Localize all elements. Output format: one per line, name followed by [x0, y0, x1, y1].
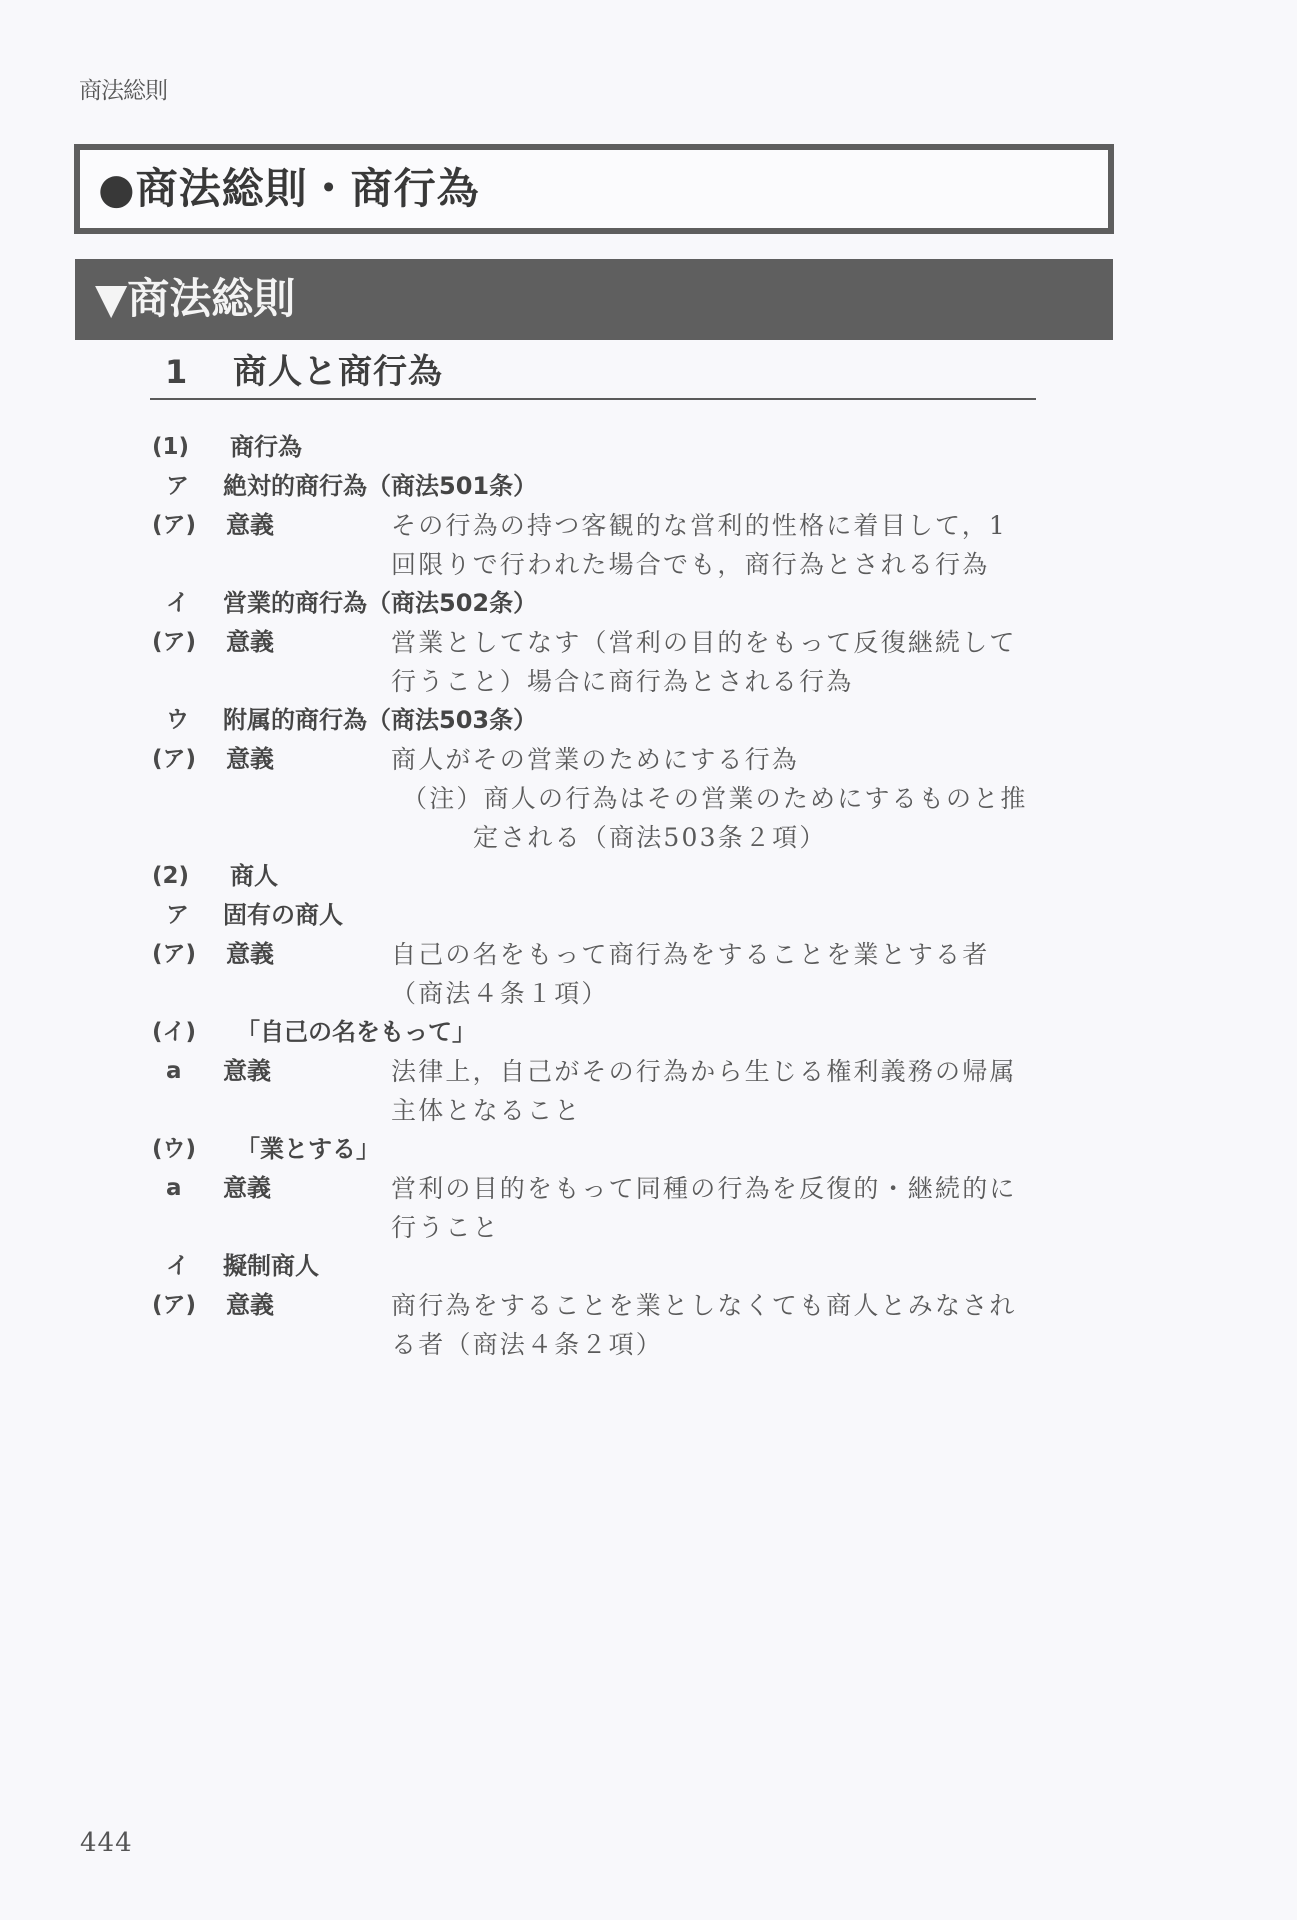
outline-heading-row: ウ 附属的商行為（商法503条）	[0, 701, 1297, 740]
item-label: ア	[166, 467, 189, 506]
note-row: （注）商人の行為はその営業のためにするものと推	[0, 779, 1297, 818]
item-label: (ア)	[152, 935, 196, 974]
item-label: イ	[166, 584, 189, 623]
item-heading: 擬制商人	[223, 1247, 319, 1286]
item-heading: 「自己の名をもって」	[236, 1013, 476, 1052]
definition-row: (ア) 意義 営業としてなす（営利の目的をもって反復継続して	[0, 623, 1297, 662]
item-label: イ	[166, 1247, 189, 1286]
definition-row: (ア) 意義 その行為の持つ客観的な営利的性格に着目して，1	[0, 506, 1297, 545]
content-outline: (1) 商行為 ア 絶対的商行為（商法501条） (ア) 意義 その行為の持つ客…	[0, 428, 1297, 1364]
item-label: (ウ)	[152, 1130, 196, 1169]
definition-text: （商法４条１項）	[391, 974, 609, 1013]
definition-continuation: る者（商法４条２項）	[0, 1325, 1297, 1364]
subsection-title: 商人と商行為	[233, 350, 443, 394]
item-heading: 営業的商行為（商法502条）	[223, 584, 537, 623]
outline-heading-row: ア 固有の商人	[0, 896, 1297, 935]
definition-row: (ア) 意義 商人がその営業のためにする行為	[0, 740, 1297, 779]
definition-continuation: 主体となること	[0, 1091, 1297, 1130]
definition-text: 行うこと）場合に商行為とされる行為	[391, 662, 853, 701]
definition-term: 意義	[226, 740, 274, 779]
outline-heading-row: (イ) 「自己の名をもって」	[0, 1013, 1297, 1052]
page-number: 444	[80, 1828, 133, 1858]
item-label: ア	[166, 896, 189, 935]
subsection-number: 1	[165, 350, 187, 394]
outline-heading-row: (ウ) 「業とする」	[0, 1130, 1297, 1169]
item-label: (ア)	[152, 623, 196, 662]
item-label: a	[166, 1052, 182, 1091]
definition-row: (ア) 意義 商行為をすることを業としなくても商人とみなされ	[0, 1286, 1297, 1325]
definition-row: a 意義 法律上，自己がその行為から生じる権利義務の帰属	[0, 1052, 1297, 1091]
definition-continuation: 行うこと	[0, 1208, 1297, 1247]
definition-term: 意義	[226, 1286, 274, 1325]
item-heading: 「業とする」	[236, 1130, 380, 1169]
item-heading: 絶対的商行為（商法501条）	[223, 467, 537, 506]
item-label: (1)	[152, 428, 189, 467]
definition-row: a 意義 営利の目的をもって同種の行為を反復的・継続的に	[0, 1169, 1297, 1208]
definition-text: 商行為をすることを業としなくても商人とみなされ	[391, 1286, 1017, 1325]
section-heading-band: ▼商法総則	[75, 259, 1113, 340]
definition-term: 意義	[223, 1052, 271, 1091]
outline-heading-row: イ 営業的商行為（商法502条）	[0, 584, 1297, 623]
definition-row: (ア) 意義 自己の名をもって商行為をすることを業とする者	[0, 935, 1297, 974]
definition-text: る者（商法４条２項）	[391, 1325, 663, 1364]
outline-heading-row: (2) 商人	[0, 857, 1297, 896]
running-header: 商法総則	[79, 72, 167, 105]
item-heading: 固有の商人	[223, 896, 343, 935]
definition-text: 行うこと	[391, 1208, 500, 1247]
definition-term: 意義	[226, 623, 274, 662]
item-heading: 附属的商行為（商法503条）	[223, 701, 537, 740]
item-label: ウ	[166, 701, 189, 740]
outline-heading-row: ア 絶対的商行為（商法501条）	[0, 467, 1297, 506]
outline-heading-row: (1) 商行為	[0, 428, 1297, 467]
item-label: (イ)	[152, 1013, 196, 1052]
item-label: (ア)	[152, 740, 196, 779]
subsection-heading: 1 商人と商行為	[150, 350, 1036, 400]
definition-text: その行為の持つ客観的な営利的性格に着目して，1	[391, 506, 1007, 545]
item-label: a	[166, 1169, 182, 1208]
definition-text: 法律上，自己がその行為から生じる権利義務の帰属	[391, 1052, 1017, 1091]
note-text: 定される（商法503条２項）	[473, 818, 827, 857]
section-title: ▼商法総則	[95, 271, 295, 327]
outline-heading-row: イ 擬制商人	[0, 1247, 1297, 1286]
definition-continuation: 回限りで行われた場合でも，商行為とされる行為	[0, 545, 1297, 584]
definition-term: 意義	[223, 1169, 271, 1208]
definition-text: 主体となること	[391, 1091, 581, 1130]
item-heading: 商行為	[230, 428, 302, 467]
definition-text: 営業としてなす（営利の目的をもって反復継続して	[391, 623, 1017, 662]
note-continuation: 定される（商法503条２項）	[0, 818, 1297, 857]
item-label: (ア)	[152, 506, 196, 545]
item-label: (ア)	[152, 1286, 196, 1325]
definition-text: 回限りで行われた場合でも，商行為とされる行為	[391, 545, 989, 584]
definition-text: 営利の目的をもって同種の行為を反復的・継続的に	[391, 1169, 1017, 1208]
definition-term: 意義	[226, 506, 274, 545]
chapter-heading-box: ●商法総則・商行為	[74, 144, 1114, 234]
definition-text: 商人がその営業のためにする行為	[391, 740, 799, 779]
item-heading: 商人	[230, 857, 278, 896]
definition-term: 意義	[226, 935, 274, 974]
note-text: （注）商人の行為はその営業のためにするものと推	[402, 779, 1028, 818]
definition-continuation: 行うこと）場合に商行為とされる行為	[0, 662, 1297, 701]
definition-continuation: （商法４条１項）	[0, 974, 1297, 1013]
definition-text: 自己の名をもって商行為をすることを業とする者	[391, 935, 989, 974]
chapter-title: ●商法総則・商行為	[98, 162, 480, 216]
item-label: (2)	[152, 857, 189, 896]
